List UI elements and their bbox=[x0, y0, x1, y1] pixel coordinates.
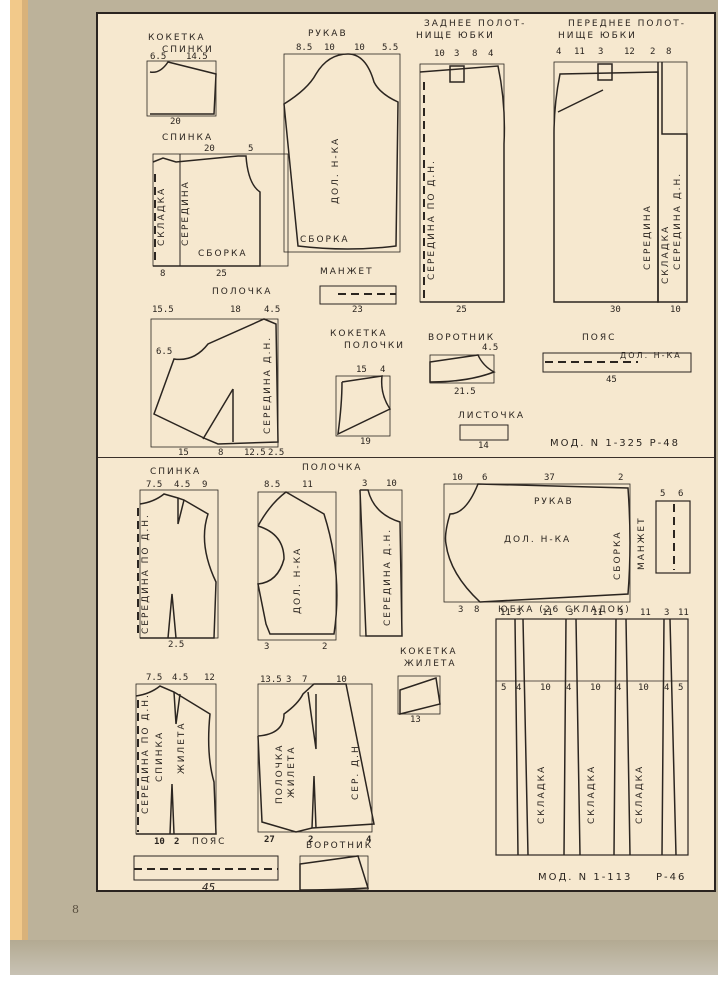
front-bottom-grain-label: ДОЛ. Н-КА bbox=[294, 547, 303, 614]
dim: 10 bbox=[590, 684, 601, 693]
dim: 13.5 bbox=[260, 676, 282, 685]
dim: 5 bbox=[501, 684, 506, 693]
dim: 2 bbox=[322, 643, 327, 652]
front-skirt-center-dn-label: СЕРЕДИНА Д.Н. bbox=[674, 172, 683, 270]
dim: 45 bbox=[606, 376, 617, 385]
dim: 2.5 bbox=[268, 449, 284, 458]
dim: 6 bbox=[678, 490, 683, 499]
dim: 14 bbox=[478, 442, 489, 451]
cuff-bottom-title: МАНЖЕТ bbox=[638, 516, 647, 570]
vest-front-subtitle: ЖИЛЕТА bbox=[288, 745, 297, 798]
dim: 18 bbox=[230, 306, 241, 315]
tab-title: ЛИСТОЧКА bbox=[458, 412, 525, 421]
front-skirt-center-label: СЕРЕДИНА bbox=[644, 204, 653, 270]
belt-title: ПОЯС bbox=[582, 334, 616, 343]
dim: 25 bbox=[216, 270, 227, 279]
back-skirt-center-label: СЕРЕДИНА ПО Д.Н. bbox=[428, 159, 437, 280]
dim: 5 bbox=[660, 490, 665, 499]
dim: 12 bbox=[204, 674, 215, 683]
dim: 10 bbox=[638, 684, 649, 693]
dim: 10 bbox=[670, 306, 681, 315]
vest-kokette-subtitle: ЖИЛЕТА bbox=[404, 660, 457, 669]
dim: 2 bbox=[174, 838, 179, 847]
pattern-sheet: КОКЕТКА СПИНКИ 6.5 14.5 20 СПИНКА 20 5 8… bbox=[96, 12, 716, 892]
dim: 4 bbox=[556, 48, 561, 57]
vest-front-title: ПОЛОЧКА bbox=[276, 744, 285, 804]
dim: 11 bbox=[640, 609, 651, 618]
dim: 4 bbox=[380, 366, 385, 375]
dim: 8 bbox=[160, 270, 165, 279]
dim: 11 bbox=[678, 609, 689, 618]
dim: 23 bbox=[352, 306, 363, 315]
dim: 10 bbox=[354, 44, 365, 53]
back-gathering-label: СБОРКА bbox=[198, 250, 248, 259]
sleeve-bottom-gathering-label: СБОРКА bbox=[614, 530, 623, 580]
dim: 25 bbox=[456, 306, 467, 315]
dim: 3 bbox=[458, 606, 463, 615]
dim: 10 bbox=[540, 684, 551, 693]
dim: 5.5 bbox=[382, 44, 398, 53]
dim: 8.5 bbox=[296, 44, 312, 53]
front-bottom-title: ПОЛОЧКА bbox=[302, 464, 362, 473]
dim: 4 bbox=[488, 50, 493, 59]
dim: 11 bbox=[542, 609, 553, 618]
dim: 2 bbox=[650, 48, 655, 57]
dim: 12.5 bbox=[244, 449, 266, 458]
dim: 4 bbox=[566, 684, 571, 693]
belt-grain-label: ДОЛ. Н-КА bbox=[620, 352, 682, 360]
dim: 6.5 bbox=[156, 348, 172, 357]
dim: 15 bbox=[356, 366, 367, 375]
dim: 20 bbox=[170, 118, 181, 127]
dim: 11 bbox=[592, 609, 603, 618]
dim: 10 bbox=[452, 474, 463, 483]
kokette-front-title: КОКЕТКА bbox=[330, 330, 388, 339]
vest-back-center-label: СЕРЕДИНА ПО Д.Н. bbox=[142, 693, 151, 814]
sleeve-title: РУКАВ bbox=[308, 30, 348, 39]
dim: 10 bbox=[336, 676, 347, 685]
vest-back-title: СПИНКА bbox=[156, 731, 165, 782]
dim: 8 bbox=[218, 449, 223, 458]
dim: 30 bbox=[610, 306, 621, 315]
back-skirt-title: ЗАДНЕЕ ПОЛОТ- bbox=[424, 20, 526, 29]
vest-front-center-label: СЕР. Д.Н. bbox=[352, 739, 361, 800]
dim: 3 bbox=[568, 609, 573, 618]
front-title: ПОЛОЧКА bbox=[212, 288, 272, 297]
dim: 10 bbox=[324, 44, 335, 53]
pattern-lines bbox=[98, 14, 718, 894]
vest-back-subtitle: ЖИЛЕТА bbox=[178, 721, 187, 774]
model-number-top: МОД. N 1-325 Р-48 bbox=[550, 438, 680, 449]
front-skirt-title: ПЕРЕДНЕЕ ПОЛОТ- bbox=[568, 20, 686, 29]
dim: 3 bbox=[598, 48, 603, 57]
dim: 8 bbox=[474, 606, 479, 615]
dim: 19 bbox=[360, 438, 371, 447]
dim: 3 bbox=[618, 609, 623, 618]
dim: 4 bbox=[664, 684, 669, 693]
cuff-title: МАНЖЕТ bbox=[320, 268, 374, 277]
dim: 27 bbox=[264, 836, 275, 845]
dim: 12 bbox=[624, 48, 635, 57]
section-divider bbox=[98, 457, 714, 458]
dim: 3 bbox=[454, 50, 459, 59]
sleeve-bottom-title: РУКАВ bbox=[534, 498, 574, 507]
page-number: 8 bbox=[72, 903, 79, 916]
dim: 7.5 bbox=[146, 481, 162, 490]
vest-kokette-title: КОКЕТКА bbox=[400, 648, 458, 657]
front-panel-center-label: СЕРЕДИНА Д.Н. bbox=[384, 528, 393, 626]
dim: 14.5 bbox=[186, 53, 208, 62]
dim: 8 bbox=[472, 50, 477, 59]
dim: 15 bbox=[178, 449, 189, 458]
sleeve-grain-label: ДОЛ. Н-КА bbox=[332, 137, 341, 204]
dim: 3 bbox=[264, 643, 269, 652]
dim: 6 bbox=[482, 474, 487, 483]
kokette-front-subtitle: ПОЛОЧКИ bbox=[344, 342, 405, 351]
dim: 11 bbox=[574, 48, 585, 57]
back-fold-label: СКЛАДКА bbox=[158, 187, 167, 246]
dim: 2 bbox=[618, 474, 623, 483]
back-title: СПИНКА bbox=[162, 134, 213, 143]
collar-title: ВОРОТНИК bbox=[428, 334, 495, 343]
back-bottom-center-label: СЕРЕДИНА ПО Д.Н. bbox=[142, 513, 151, 634]
size-bottom: Р-46 bbox=[656, 872, 686, 883]
dim: 4 bbox=[616, 684, 621, 693]
dim: 21.5 bbox=[454, 388, 476, 397]
dim: 4.5 bbox=[482, 344, 498, 353]
skirt-fold-label-2: СКЛАДКА bbox=[588, 765, 597, 824]
back-center-label: СЕРЕДИНА bbox=[182, 180, 191, 246]
front-skirt-subtitle: НИЩЕ ЮБКИ bbox=[558, 32, 637, 41]
dim: 20 bbox=[204, 145, 215, 154]
dim: 8.5 bbox=[264, 481, 280, 490]
vest-collar-title: ВОРОТНИК bbox=[306, 842, 373, 851]
dim: 15.5 bbox=[152, 306, 174, 315]
page-bottom-shadow bbox=[10, 940, 718, 975]
dim: 9 bbox=[202, 481, 207, 490]
model-number-bottom: МОД. N 1-113 bbox=[538, 872, 632, 883]
dim: 45 bbox=[202, 882, 215, 893]
dim: 4.5 bbox=[264, 306, 280, 315]
dim: 3 bbox=[664, 609, 669, 618]
dim: 10 bbox=[154, 838, 165, 847]
dim: 13 bbox=[410, 716, 421, 725]
dim: 7 bbox=[302, 676, 307, 685]
kokette-back-title: КОКЕТКА bbox=[148, 34, 206, 43]
dim: 11 bbox=[302, 481, 313, 490]
dim: 4.5 bbox=[172, 674, 188, 683]
dim: 5 bbox=[678, 684, 683, 693]
dim: 10 bbox=[386, 480, 397, 489]
dim: 4.5 bbox=[174, 481, 190, 490]
dim: 4 bbox=[516, 684, 521, 693]
dim: 7.5 bbox=[146, 674, 162, 683]
dim: 3 bbox=[516, 609, 521, 618]
dim: 2.5 bbox=[168, 641, 184, 650]
dim: 10 bbox=[434, 50, 445, 59]
sleeve-gathering-label: СБОРКА bbox=[300, 236, 350, 245]
back-bottom-title: СПИНКА bbox=[150, 468, 201, 477]
dim: 3 bbox=[286, 676, 291, 685]
front-skirt-fold-label: СКЛАДКА bbox=[662, 225, 671, 284]
skirt-fold-label-1: СКЛАДКА bbox=[538, 765, 547, 824]
front-center-label: СЕРЕДИНА Д.Н. bbox=[264, 336, 273, 434]
dim: 8 bbox=[666, 48, 671, 57]
back-skirt-subtitle: НИЩЕ ЮБКИ bbox=[416, 32, 495, 41]
dim: 5 bbox=[248, 145, 253, 154]
vest-belt-title: ПОЯС bbox=[192, 838, 226, 847]
skirt-fold-label-3: СКЛАДКА bbox=[636, 765, 645, 824]
dim: 37 bbox=[544, 474, 555, 483]
sleeve-bottom-grain-label: ДОЛ. Н-КА bbox=[504, 536, 571, 545]
dim: 3 bbox=[362, 480, 367, 489]
dim: 11 bbox=[500, 609, 511, 618]
dim: 6.5 bbox=[150, 53, 166, 62]
